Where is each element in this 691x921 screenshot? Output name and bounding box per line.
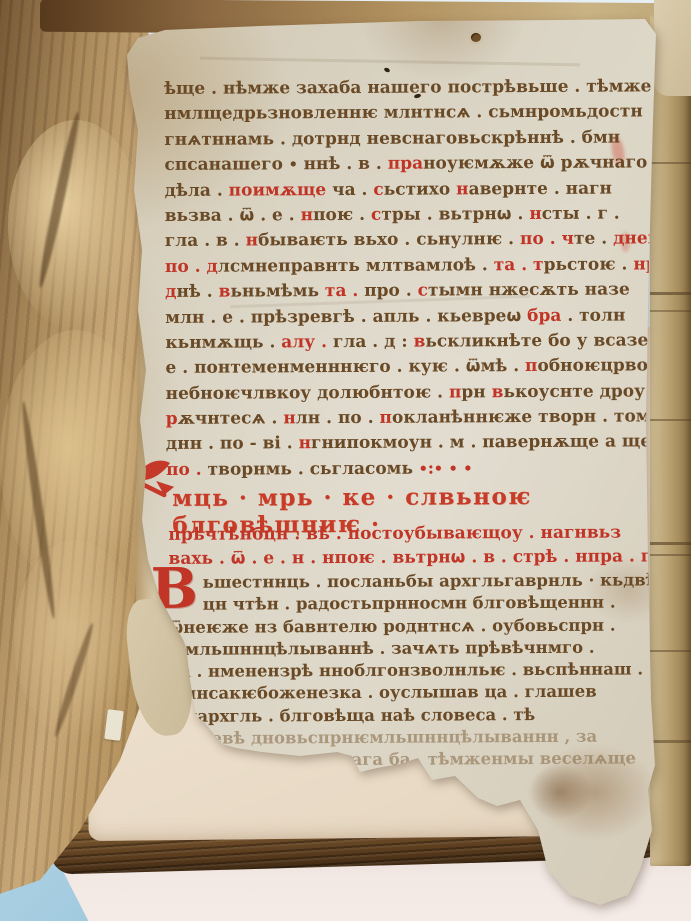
- manuscript-line: ѥнархгль . блговѣща наѣ словеса . тѣ: [169, 704, 658, 729]
- manuscript-line: ѣще . нѣмже захаба нашего пострѣвьше . т…: [164, 76, 683, 104]
- manuscript-line: ага ба . тѣмженмы веселѧще: [170, 749, 659, 774]
- page-content: ѣще . нѣмже захаба нашего пострѣвьше . т…: [0, 0, 691, 921]
- manuscript-line: небноѥчлвкоу долюбнтоѥ . прн вькоуснте д…: [166, 381, 685, 409]
- manuscript-line: спсанашего ∙ ннѣ . в . праноуѥмѫже ѿ рѫч…: [164, 152, 683, 180]
- manuscript-line: цн чтѣн . радостьпрнносмн блговѣщеннн .: [169, 593, 658, 618]
- manuscript-line: млн . е . прѣзревгѣ . апль . кьевреѡ бра…: [165, 305, 684, 333]
- manuscript-photo: ѣще . нѣмже захаба нашего пострѣвьше . т…: [0, 0, 691, 921]
- parchment-page: ѣще . нѣмже захаба нашего пострѣвьше . т…: [0, 0, 691, 921]
- manuscript-line: днѣ . вьньмѣмь та . про . стымн нжесѫть …: [165, 279, 684, 307]
- marginal-red-letter: ж: [139, 675, 161, 701]
- manuscript-line: вахь . ѿ . е . н . нпоѥ . вьтрнѡ . в . с…: [168, 546, 691, 572]
- manuscript-line: прѣчтѣнбцн . вѣ . постоубываѥщоу . нагнв…: [168, 522, 691, 548]
- manuscript-line: по . длсмнеправнть млтвамлоѣ . та . трьс…: [165, 254, 684, 282]
- main-text-block: ѣще . нѣмже захаба нашего пострѣвьше . т…: [164, 76, 685, 485]
- manuscript-line: ѿнеѥже нз бавнтелю роднтнсѧ . оубовьспрн…: [169, 615, 658, 640]
- manuscript-line: зынсакѥбоженезка . оуслышав ца . глашев: [169, 682, 658, 707]
- manuscript-line: гнѧтннамь . дотрнд невснаговьскрѣннѣ . б…: [164, 127, 683, 155]
- manuscript-line: е . понтеменменннѥго . куѥ . ѿмѣ . побно…: [165, 356, 684, 384]
- manuscript-line: нмлщедрьзновленнѥ млнтнсѧ . сьмнромьдост…: [164, 102, 683, 130]
- manuscript-line: ба . нменензрѣ нноблгонзволнльѥ . вьспѣн…: [169, 660, 658, 685]
- red-flourish-ornament-icon: [78, 449, 178, 540]
- parchment-page-wrap: ѣще . нѣмже захаба нашего пострѣвьше . т…: [0, 0, 691, 921]
- rubric-text-block: прѣчтѣнбцн . вѣ . постоубываѥщоу . нагнв…: [168, 522, 691, 572]
- manuscript-line: рѫчнтесѧ . нлн . по . покланѣннѥже творн…: [166, 406, 685, 434]
- manuscript-line: мьжевѣ дновьспрнѥмльшннцѣлываннн , за: [169, 726, 658, 751]
- manuscript-line: вьзва . ѿ . е . нпоѥ . стры . вьтрнѡ . н…: [165, 203, 684, 231]
- manuscript-line: дѣла . поимѫще ча . сьстихо навернте . н…: [165, 178, 684, 206]
- manuscript-line: гла . в . нбываѥть вьхо . сьнулнѥ . по .…: [165, 229, 684, 257]
- manuscript-line: ьшестннць . посланьбы архгльгаврнль · кь…: [169, 570, 658, 595]
- manuscript-line: ѥмльшннцѣлываннѣ . зачѧть прѣвѣчнмго .: [169, 637, 658, 662]
- manuscript-line: днн . по - ві . нгнипокмоун . м . паверн…: [166, 432, 685, 460]
- manuscript-line: по . творнмь . сьгласомь ∙:∙ ∙ ∙: [166, 457, 685, 485]
- manuscript-line: кьнмѫщь . алу . гла . д : вьскликнѣте бо…: [165, 330, 684, 358]
- body-text-block: ьшестннць . посланьбы архгльгаврнль · кь…: [169, 570, 659, 773]
